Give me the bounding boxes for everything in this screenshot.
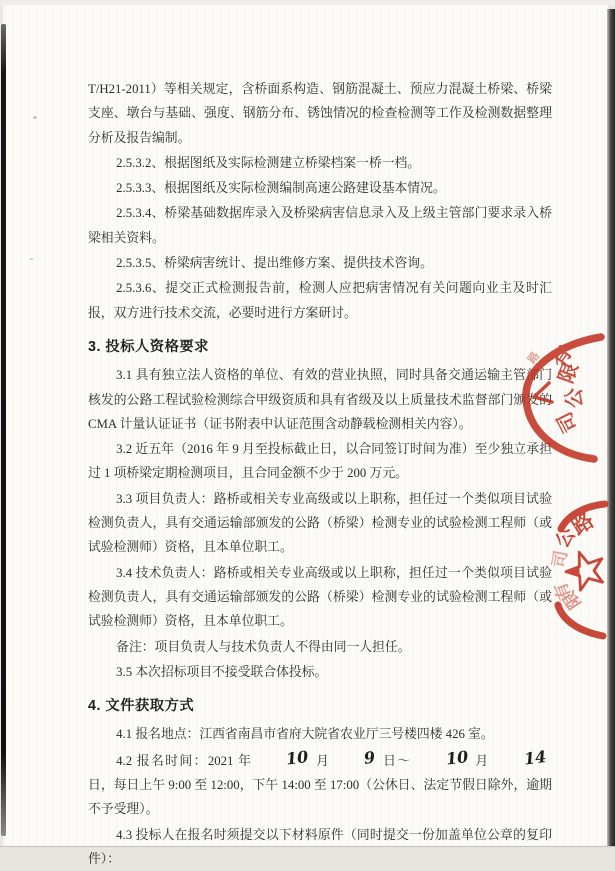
scan-edge-right: [607, 9, 615, 846]
paragraph: 3.1 具有独立法人资格的单位、有效的营业执照，同时具备交通运输主管部门核发的公…: [88, 363, 552, 436]
handwritten-date: 9: [335, 745, 377, 774]
scan-speck: [30, 258, 33, 260]
paragraph: 4.2 报名时间：2021 年10月9日～10月14日，每日上午 9:00 至 …: [88, 748, 552, 822]
paragraph: 3.3 项目负责人：路桥或相关专业高级或以上职称，担任过一个类似项目试验检测负责…: [88, 487, 552, 560]
paragraph: 4.3 投标人在报名时须提交以下材料原件（同时提交一份加盖单位公章的复印件）：: [88, 823, 552, 871]
text-segment: 日～: [382, 754, 412, 768]
scan-speck: [33, 116, 37, 119]
paragraph: 3.5 本次招标项目不接受联合体投标。: [88, 660, 552, 684]
scanned-document: T/H21-2011）等相关规定，含桥面系构造、钢筋混凝土、预应力混凝土桥梁、桥…: [0, 0, 615, 871]
paragraph: 3.4 技术负责人：路桥或相关专业高级或以上职称，担任过一个类似项目试验检测负责…: [88, 561, 552, 634]
paragraph: 备注：项目负责人与技术负责人不得由同一人担任。: [88, 635, 552, 659]
section-heading: 3. 投标人资格要求: [88, 335, 552, 359]
text-segment: 月: [315, 754, 331, 768]
handwritten-date: 10: [416, 745, 469, 775]
scan-edge-left: [1, 24, 6, 836]
paragraph: 2.5.3.2、根据图纸及实际检测建立桥梁档案一桥一档。: [88, 151, 552, 175]
text-segment: 4.2 报名时间：2021 年: [116, 754, 252, 768]
paragraph: 4.1 报名地点：江西省南昌市省府大院省农业厅三号楼四楼 426 室。: [88, 722, 552, 746]
paragraph: 2.5.3.5、桥梁病害统计、提出维修方案、提供技术咨询。: [88, 251, 552, 275]
section-heading: 4. 文件获取方式: [88, 694, 552, 718]
paragraph: 3.2 近五年（2016 年 9 月至投标截止日，以合同签订时间为准）至少独立承…: [88, 437, 552, 486]
text-segment: 月: [474, 754, 490, 768]
paragraph: 2.5.3.3、根据图纸及实际检测编制高速公路建设基本情况。: [88, 176, 552, 200]
handwritten-date: 10: [257, 745, 310, 775]
text-segment: 日，每日上午 9:00 至 12:00，下午 14:00 至 17:00（公休日…: [88, 778, 552, 816]
paragraph: 2.5.3.6、提交正式检测报告前，检测人应把病害情况有关问题向业主及时汇报，双…: [88, 276, 552, 325]
document-body: T/H21-2011）等相关规定，含桥面系构造、钢筋混凝土、预应力混凝土桥梁、桥…: [88, 77, 552, 871]
paragraph: T/H21-2011）等相关规定，含桥面系构造、钢筋混凝土、预应力混凝土桥梁、桥…: [88, 77, 552, 150]
paragraph: 2.5.3.4、桥梁基础数据库录入及桥梁病害信息录入及上级主管部门要求录入桥梁相…: [88, 201, 552, 250]
handwritten-date: 14: [494, 745, 547, 775]
